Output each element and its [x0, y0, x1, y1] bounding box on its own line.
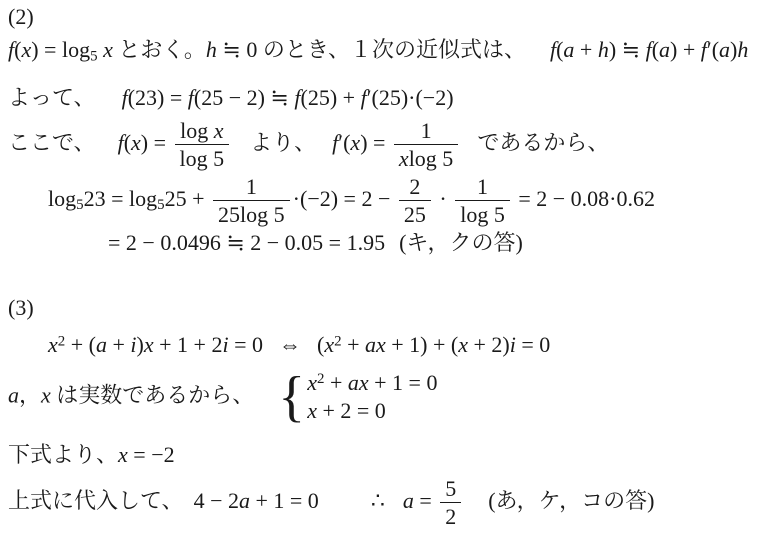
- math-roman: ) =: [141, 130, 172, 155]
- math-variable: x: [350, 130, 360, 155]
- numeric-result-line: = 2 − 0.0496 ≒ 2 − 0.05 = 1.95(キ，クの答): [108, 230, 762, 257]
- spacer: [232, 149, 250, 150]
- math-variable: x: [41, 382, 51, 407]
- jp-text: とおく。: [113, 37, 206, 62]
- math-variable: x: [21, 37, 31, 62]
- jp-text: ここで、: [8, 130, 96, 155]
- lower-equation-line: 下式より、x = −2: [8, 442, 762, 469]
- math-roman: 2: [445, 504, 456, 529]
- spacer: [184, 507, 194, 508]
- fraction: 1xlog 5: [394, 118, 458, 172]
- fraction-numerator: 5: [440, 476, 461, 503]
- math-variable: x: [324, 332, 334, 357]
- math-variable: x: [307, 370, 317, 395]
- math-roman: ′(: [338, 130, 350, 155]
- math-variable: x: [359, 370, 369, 395]
- cases-rows: x2 + ax + 1 = 0x + 2 = 0: [307, 369, 437, 426]
- spacer: [319, 507, 371, 508]
- math-roman: = 0: [229, 332, 263, 357]
- math-subscript: 5: [76, 197, 83, 213]
- math-variable: x: [376, 332, 386, 357]
- math-roman: +: [107, 332, 130, 357]
- math-roman: ′(: [707, 37, 719, 62]
- math-roman: log 5: [409, 146, 454, 171]
- math-roman: +: [342, 332, 365, 357]
- math-subscript: 5: [90, 48, 97, 64]
- math-roman: ·(−2) = 2 −: [293, 186, 396, 211]
- fraction-numerator: 1: [455, 174, 510, 201]
- math-variable: a: [563, 37, 574, 62]
- jp-text: (あ，ケ，コの答): [488, 488, 654, 513]
- math-variable: a: [8, 382, 19, 407]
- math-variable: x: [399, 146, 409, 171]
- math-roman: ⇔: [279, 332, 301, 357]
- math-roman: ): [137, 332, 144, 357]
- math-roman: 1: [246, 174, 257, 199]
- math-variable: x: [458, 332, 468, 357]
- fraction-numerator: 2: [399, 174, 431, 201]
- jp-text: よって、: [8, 85, 96, 110]
- math-superscript: 2: [334, 333, 341, 349]
- math-roman: (25) +: [301, 85, 361, 110]
- math-roman: = −2: [128, 442, 175, 467]
- math-roman: 4 − 2: [194, 488, 239, 513]
- spacer: [96, 149, 118, 150]
- log-expansion-line: log523 = log525 + 125log 5·(−2) = 2 − 22…: [48, 174, 762, 228]
- math-variable: h: [737, 37, 748, 62]
- spacer: [385, 507, 403, 508]
- math-roman: + 2 = 0: [317, 398, 386, 423]
- math-variable: a: [96, 332, 107, 357]
- math-roman: + 1) + (: [386, 332, 458, 357]
- jp-text: 上式に代入して、: [8, 488, 184, 513]
- fraction-denominator: xlog 5: [394, 145, 458, 171]
- math-roman: ′(25)·(−2): [367, 85, 454, 110]
- math-variable: x: [131, 130, 141, 155]
- jp-text: であるから、: [477, 130, 609, 155]
- math-variable: a: [403, 488, 414, 513]
- math-roman: 1: [421, 118, 432, 143]
- yotte-line: よって、f(23) = f(25 − 2) ≒ f(25) + f′(25)·(…: [8, 85, 762, 112]
- jp-text: より、: [250, 130, 316, 155]
- math-roman: (: [124, 130, 131, 155]
- math-roman: ∴: [371, 488, 385, 513]
- section-3-label: (3): [8, 295, 762, 322]
- math-roman: + 1 + 2: [154, 332, 223, 357]
- math-worksheet-page: (2)f(x) = log5 x とおく。h ≒ 0 のとき、１次の近似式は、f…: [0, 0, 766, 529]
- jp-text: のとき、１次の近似式は、: [257, 37, 526, 62]
- spacer: [385, 249, 399, 250]
- math-roman: 2: [409, 174, 420, 199]
- math-variable: h: [598, 37, 609, 62]
- spacer: [316, 149, 332, 150]
- math-subscript: 5: [157, 197, 164, 213]
- math-roman: + 2): [468, 332, 510, 357]
- fraction: 225: [399, 174, 431, 228]
- jp-text: ，: [19, 382, 41, 407]
- math-roman: (25 − 2) ≒: [194, 85, 295, 110]
- math-roman: 25: [404, 202, 426, 227]
- fraction: log xlog 5: [175, 118, 230, 172]
- math-variable: x: [214, 118, 224, 143]
- math-variable: h: [206, 37, 217, 62]
- math-roman: +: [324, 370, 347, 395]
- math-roman: (3): [8, 295, 34, 320]
- math-variable: x: [98, 37, 113, 62]
- math-roman: ) = log: [31, 37, 90, 62]
- math-variable: a: [365, 332, 376, 357]
- math-roman: 23 = log: [84, 186, 158, 211]
- math-variable: x: [48, 332, 58, 357]
- real-condition-line: a，x は実数であるから、{x2 + ax + 1 = 0x + 2 = 0: [8, 369, 762, 426]
- spacer: [464, 507, 488, 508]
- math-variable: x: [118, 442, 128, 467]
- spacer: [254, 401, 278, 402]
- math-roman: + 1 = 0: [250, 488, 319, 513]
- math-roman: 5: [445, 476, 456, 501]
- math-roman: + 1 = 0: [369, 370, 438, 395]
- fraction-numerator: 1: [394, 118, 458, 145]
- approximation-setup-line: f(x) = log5 x とおく。h ≒ 0 のとき、１次の近似式は、f(a …: [8, 37, 762, 66]
- math-roman: log 5: [460, 202, 505, 227]
- math-roman: (2): [8, 4, 34, 29]
- spacer: [461, 149, 477, 150]
- math-variable: a: [659, 37, 670, 62]
- math-roman: ≒ 0: [217, 37, 257, 62]
- math-roman: 25log 5: [218, 202, 285, 227]
- fraction-denominator: 25log 5: [213, 201, 290, 227]
- math-roman: ) =: [360, 130, 391, 155]
- substitute-line: 上式に代入して、4 − 2a + 1 = 0∴a = 52(あ，ケ，コの答): [8, 476, 762, 530]
- fraction: 52: [440, 476, 461, 530]
- math-roman: log 5: [180, 146, 225, 171]
- math-variable: x: [144, 332, 154, 357]
- math-roman: ) +: [670, 37, 701, 62]
- jp-text: 下式より、: [8, 442, 118, 467]
- left-brace-icon: {: [278, 371, 305, 424]
- fraction: 125log 5: [213, 174, 290, 228]
- spacer: [263, 351, 279, 352]
- math-roman: (: [652, 37, 659, 62]
- spacer: [96, 104, 122, 105]
- math-roman: (23) =: [128, 85, 188, 110]
- kokode-line: ここで、f(x) = log xlog 5より、f′(x) = 1xlog 5で…: [8, 118, 762, 172]
- fraction: 1log 5: [455, 174, 510, 228]
- jp-text: (キ，クの答): [399, 230, 523, 255]
- math-roman: =: [414, 488, 437, 513]
- cases-group: {x2 + ax + 1 = 0x + 2 = 0: [278, 369, 437, 426]
- spacer: [301, 351, 317, 352]
- section-2-label: (2): [8, 4, 762, 31]
- math-variable: x: [307, 398, 317, 423]
- fraction-numerator: log x: [175, 118, 230, 145]
- math-roman: 1: [477, 174, 488, 199]
- cases-row: x2 + ax + 1 = 0: [307, 369, 437, 398]
- fraction-denominator: log 5: [455, 201, 510, 227]
- math-roman: log: [48, 186, 76, 211]
- complex-equation-line: x2 + (a + i)x + 1 + 2i = 0⇔(x2 + ax + 1)…: [48, 332, 762, 359]
- math-roman: = 2 − 0.0496 ≒ 2 − 0.05 = 1.95: [108, 230, 385, 255]
- math-roman: ) ≒: [609, 37, 646, 62]
- fraction-denominator: log 5: [175, 145, 230, 171]
- math-roman: = 0: [516, 332, 550, 357]
- fraction-denominator: 2: [440, 503, 461, 529]
- cases-row: x + 2 = 0: [307, 397, 386, 426]
- math-roman: 25 +: [165, 186, 210, 211]
- fraction-numerator: 1: [213, 174, 290, 201]
- math-roman: + (: [65, 332, 96, 357]
- math-variable: a: [239, 488, 250, 513]
- jp-text: は実数であるから、: [51, 382, 255, 407]
- solution-lines: (2)f(x) = log5 x とおく。h ≒ 0 のとき、１次の近似式は、f…: [0, 0, 766, 529]
- fraction-denominator: 25: [399, 201, 431, 227]
- math-roman: +: [574, 37, 597, 62]
- math-roman: ·: [434, 186, 452, 211]
- math-variable: a: [348, 370, 359, 395]
- math-roman: = 2 − 0.08·0.62: [513, 186, 655, 211]
- spacer: [526, 56, 550, 57]
- math-roman: log: [180, 118, 214, 143]
- math-variable: a: [719, 37, 730, 62]
